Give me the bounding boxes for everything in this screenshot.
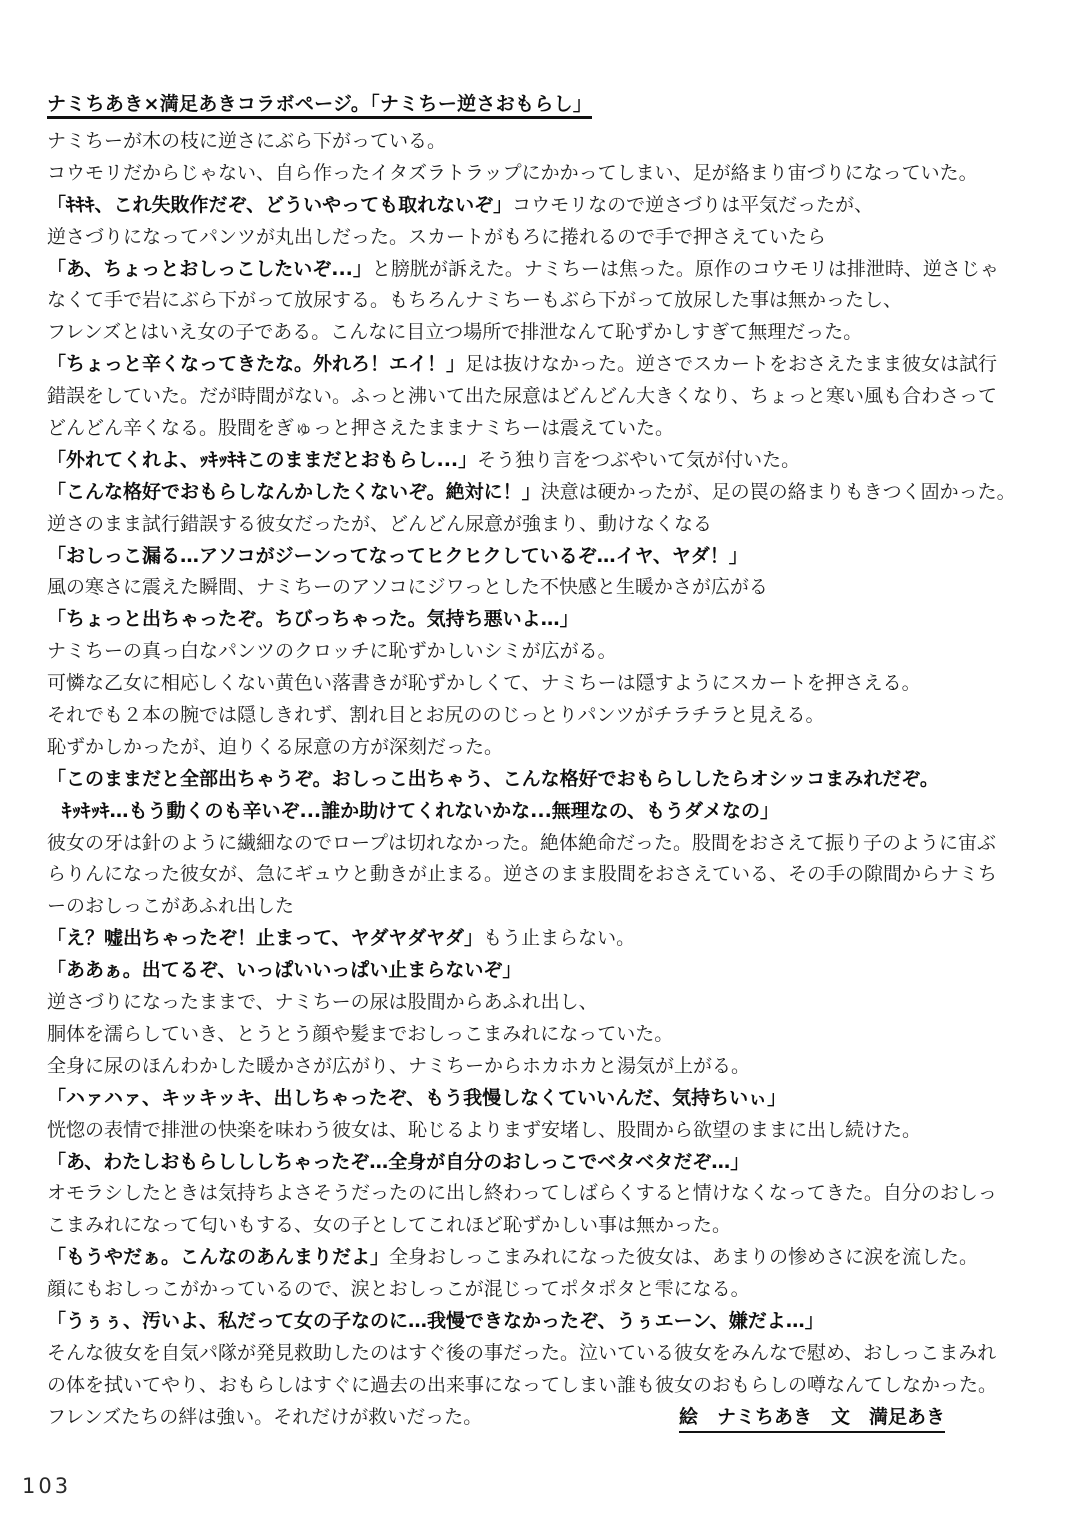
narration-text: そんな彼女を自気パ隊が発見救助したのはすぐ後の事だった。泣いている彼女をみんなで… bbox=[47, 1342, 996, 1364]
narration-text: 恥ずかしかったが、迫りくる尿意の方が深刻だった。 bbox=[47, 736, 503, 758]
narration-text: コウモリだからじゃない、自ら作ったイタズラトラップにかかってしまい、足が絡まり宙… bbox=[47, 162, 978, 184]
dialogue-text: 「あ、わたしおもらしししちゃったぞ…全身が自分のおしっこでベタベタだぞ…」 bbox=[47, 1151, 749, 1173]
text-line: 全身に尿のほんわかした暖かさが広がり、ナミちーからホカホカと湯気が上がる。 bbox=[47, 1051, 1045, 1083]
text-line: 可憐な乙女に相応しくない黄色い落書きが恥ずかしくて、ナミちーは隠すようにスカート… bbox=[47, 668, 1045, 700]
narration-text: 胴体を濡らしていき、とうとう顔や髪までおしっこまみれになっていた。 bbox=[47, 1023, 673, 1045]
narration-text: ナミちーが木の枝に逆さにぶら下がっている。 bbox=[47, 130, 446, 152]
narration-text: 足は抜けなかった。逆さでスカートをおさえたまま彼女は試行 bbox=[465, 353, 997, 375]
document-body: ナミちーが木の枝に逆さにぶら下がっている。コウモリだからじゃない、自ら作ったイタ… bbox=[47, 126, 1045, 1434]
narration-text: 恍惚の表情で排泄の快楽を味わう彼女は、恥じるよりまず安堵し、股間から欲望のままに… bbox=[47, 1119, 921, 1141]
narration-text: 錯誤をしていた。だが時間がない。ふっと沸いて出た尿意はどんどん大きくなり、ちょっ… bbox=[47, 385, 997, 407]
text-line: ナミちーが木の枝に逆さにぶら下がっている。 bbox=[47, 126, 1045, 158]
dialogue-text: 「あ、ちょっとおしっこしたいぞ...」 bbox=[47, 258, 372, 280]
dialogue-text: 「ちょっと辛くなってきたな。外れろ！エイ！」 bbox=[47, 353, 465, 375]
text-line: 「え？嘘出ちゃったぞ！止まって、ヤダヤダヤダ」もう止まらない。 bbox=[47, 923, 1045, 955]
narration-text: 逆さのまま試行錯誤する彼女だったが、どんどん尿意が強まり、動けなくなる bbox=[47, 513, 712, 535]
document-page: ナミちあき×満足あきコラボページ。「ナミちー逆さおもらし」 ナミちーが木の枝に逆… bbox=[0, 0, 1075, 1519]
text-line: 錯誤をしていた。だが時間がない。ふっと沸いて出た尿意はどんどん大きくなり、ちょっ… bbox=[47, 381, 1045, 413]
text-line: 「あ、ちょっとおしっこしたいぞ...」と膀胱が訴えた。ナミちーは焦った。原作のコ… bbox=[47, 254, 1045, 286]
text-line: 「ああぁ。出てるぞ、いっぱいいっぱい止まらないぞ」 bbox=[47, 955, 1045, 987]
text-line: 「こんな格好でおもらしなんかしたくないぞ。絶対に！」決意は硬かったが、足の罠の絡… bbox=[47, 477, 1045, 509]
credit-text: 絵 ナミちあき 文 満足あき bbox=[679, 1402, 945, 1433]
narration-text: 彼女の牙は針のように繊細なのでロープは切れなかった。絶体絶命だった。股間をおさえ… bbox=[47, 832, 996, 854]
narration-text: ナミちーの真っ白なパンツのクロッチに恥ずかしいシミが広がる。 bbox=[47, 640, 617, 662]
narration-text: 風の寒さに震えた瞬間、ナミちーのアソコにジワっとした不快感と生暖かさが広がる bbox=[47, 576, 768, 598]
narration-text: なくて手で岩にぶら下がって放尿する。もちろんナミちーもぶら下がって放尿した事は無… bbox=[47, 289, 902, 311]
text-line: 「ハァハァ、キッキッキ、出しちゃったぞ、もう我慢しなくていいんだ、気持ちいぃ」 bbox=[47, 1083, 1045, 1115]
dialogue-text: 「このままだと全部出ちゃうぞ。おしっこ出ちゃう、こんな格好でおもらししたらオシッ… bbox=[47, 768, 939, 790]
narration-text: もう止まらない。 bbox=[483, 927, 635, 949]
text-line: 顔にもおしっこがかっているので、涙とおしっこが混じってポタポタと雫になる。 bbox=[47, 1274, 1045, 1306]
text-line: 「うぅぅ、汚いよ、私だって女の子なのに…我慢できなかったぞ、うぅエーン、嫌だよ…… bbox=[47, 1306, 1045, 1338]
dialogue-text: 「ハァハァ、キッキッキ、出しちゃったぞ、もう我慢しなくていいんだ、気持ちいぃ」 bbox=[47, 1087, 786, 1109]
text-line: それでも２本の腕では隠しきれず、割れ目とお尻ののじっとりパンツがチラチラと見える… bbox=[47, 700, 1045, 732]
text-line: 「外れてくれよ、ｯｷｯｷｷこのままだとおもらし...」そう独り言をつぶやいて気が… bbox=[47, 445, 1045, 477]
dialogue-text: ｷｯｷｯｷ…もう動くのも辛いぞ...誰か助けてくれないかな...無理なの、もうダ… bbox=[62, 800, 779, 822]
narration-text: こまみれになって匂いもする、女の子としてこれほど恥ずかしい事は無かった。 bbox=[47, 1214, 731, 1236]
text-line: 恥ずかしかったが、迫りくる尿意の方が深刻だった。 bbox=[47, 732, 1045, 764]
text-line: こまみれになって匂いもする、女の子としてこれほど恥ずかしい事は無かった。 bbox=[47, 1210, 1045, 1242]
narration-text: 決意は硬かったが、足の罠の絡まりもきつく固かった。 bbox=[541, 481, 1016, 503]
narration-text: 可憐な乙女に相応しくない黄色い落書きが恥ずかしくて、ナミちーは隠すようにスカート… bbox=[47, 672, 921, 694]
text-line: 「あ、わたしおもらしししちゃったぞ…全身が自分のおしっこでベタベタだぞ…」 bbox=[47, 1147, 1045, 1179]
text-line: 「ｷｷｷ、これ失敗作だぞ、どういやっても取れないぞ」コウモリなので逆さづりは平気… bbox=[47, 190, 1045, 222]
dialogue-text: 「うぅぅ、汚いよ、私だって女の子なのに…我慢できなかったぞ、うぅエーン、嫌だよ…… bbox=[47, 1310, 824, 1332]
page-title: ナミちあき×満足あきコラボページ。「ナミちー逆さおもらし」 bbox=[47, 93, 592, 119]
narration-text: と膀胱が訴えた。ナミちーは焦った。原作のコウモリは排泄時、逆さじゃ bbox=[372, 258, 999, 280]
text-line: 逆さづりになったままで、ナミちーの尿は股間からあふれ出し、 bbox=[47, 987, 1045, 1019]
text-line: 胴体を濡らしていき、とうとう顔や髪までおしっこまみれになっていた。 bbox=[47, 1019, 1045, 1051]
page-number: 103 bbox=[22, 1474, 71, 1498]
text-line: 「このままだと全部出ちゃうぞ。おしっこ出ちゃう、こんな格好でおもらししたらオシッ… bbox=[47, 764, 1045, 796]
dialogue-text: 「こんな格好でおもらしなんかしたくないぞ。絶対に！」 bbox=[47, 481, 541, 503]
text-line: らりんになった彼女が、急にギュウと動きが止まる。逆さのまま股間をおさえている、そ… bbox=[47, 859, 1045, 891]
narration-text: そう独り言をつぶやいて気が付いた。 bbox=[477, 449, 800, 471]
dialogue-text: 「ｷｷｷ、これ失敗作だぞ、どういやっても取れないぞ」 bbox=[47, 194, 512, 216]
narration-text: 逆さづりになったままで、ナミちーの尿は股間からあふれ出し、 bbox=[47, 991, 598, 1013]
text-line: 風の寒さに震えた瞬間、ナミちーのアソコにジワっとした不快感と生暖かさが広がる bbox=[47, 572, 1045, 604]
text-line: 恍惚の表情で排泄の快楽を味わう彼女は、恥じるよりまず安堵し、股間から欲望のままに… bbox=[47, 1115, 1045, 1147]
narration-text: 全身に尿のほんわかした暖かさが広がり、ナミちーからホカホカと湯気が上がる。 bbox=[47, 1055, 750, 1077]
text-line: オモラシしたときは気持ちよさそうだったのに出し終わってしばらくすると情けなくなっ… bbox=[47, 1178, 1045, 1210]
text-line: そんな彼女を自気パ隊が発見救助したのはすぐ後の事だった。泣いている彼女をみんなで… bbox=[47, 1338, 1045, 1370]
text-line: の体を拭いてやり、おもらしはすぐに過去の出来事になってしまい誰も彼女のおもらしの… bbox=[47, 1370, 1045, 1402]
narration-text: オモラシしたときは気持ちよさそうだったのに出し終わってしばらくすると情けなくなっ… bbox=[47, 1182, 997, 1204]
text-line: 逆さづりになってパンツが丸出しだった。スカートがもろに捲れるので手で押さえていた… bbox=[47, 222, 1045, 254]
dialogue-text: 「外れてくれよ、ｯｷｯｷｷこのままだとおもらし...」 bbox=[47, 449, 477, 471]
narration-text: らりんになった彼女が、急にギュウと動きが止まる。逆さのまま股間をおさえている、そ… bbox=[47, 863, 997, 885]
text-line: 「ちょっと出ちゃったぞ。ちびっちゃった。気持ち悪いよ…」 bbox=[47, 604, 1045, 636]
text-line: なくて手で岩にぶら下がって放尿する。もちろんナミちーもぶら下がって放尿した事は無… bbox=[47, 285, 1045, 317]
text-line: 彼女の牙は針のように繊細なのでロープは切れなかった。絶体絶命だった。股間をおさえ… bbox=[47, 828, 1045, 860]
text-line: 「おしっこ漏る…アソコがジーンってなってヒクヒクしているぞ…イヤ、ヤダ！」 bbox=[47, 541, 1045, 573]
text-line: どんどん辛くなる。股間をぎゅっと押さえたままナミちーは震えていた。 bbox=[47, 413, 1045, 445]
narration-text: の体を拭いてやり、おもらしはすぐに過去の出来事になってしまい誰も彼女のおもらしの… bbox=[47, 1374, 997, 1396]
dialogue-text: 「ちょっと出ちゃったぞ。ちびっちゃった。気持ち悪いよ…」 bbox=[47, 608, 579, 630]
narration-text: それでも２本の腕では隠しきれず、割れ目とお尻ののじっとりパンツがチラチラと見える… bbox=[47, 704, 824, 726]
text-line: フレンズとはいえ女の子である。こんなに目立つ場所で排泄なんて恥ずかしすぎて無理だ… bbox=[47, 317, 1045, 349]
dialogue-text: 「おしっこ漏る…アソコがジーンってなってヒクヒクしているぞ…イヤ、ヤダ！」 bbox=[47, 545, 748, 567]
dialogue-text: 「ああぁ。出てるぞ、いっぱいいっぱい止まらないぞ」 bbox=[47, 959, 521, 981]
text-line: ナミちーの真っ白なパンツのクロッチに恥ずかしいシミが広がる。 bbox=[47, 636, 1045, 668]
text-line: ｷｯｷｯｷ…もう動くのも辛いぞ...誰か助けてくれないかな...無理なの、もうダ… bbox=[47, 796, 1045, 828]
text-line: 「もうやだぁ。こんなのあんまりだよ」全身おしっこまみれになった彼女は、あまりの惨… bbox=[47, 1242, 1045, 1274]
dialogue-text: 「もうやだぁ。こんなのあんまりだよ」 bbox=[47, 1246, 389, 1268]
narration-text: フレンズとはいえ女の子である。こんなに目立つ場所で排泄なんて恥ずかしすぎて無理だ… bbox=[47, 321, 862, 343]
narration-text: 全身おしっこまみれになった彼女は、あまりの惨めさに涙を流した。 bbox=[389, 1246, 978, 1268]
narration-text: コウモリなので逆さづりは平気だったが、 bbox=[512, 194, 873, 216]
narration-text: 逆さづりになってパンツが丸出しだった。スカートがもろに捲れるので手で押さえていた… bbox=[47, 226, 826, 248]
text-line: フレンズたちの絆は強い。それだけが救いだった。絵 ナミちあき 文 満足あき bbox=[47, 1402, 1045, 1434]
narration-text: フレンズたちの絆は強い。それだけが救いだった。 bbox=[47, 1402, 482, 1434]
dialogue-text: 「え？嘘出ちゃったぞ！止まって、ヤダヤダヤダ」 bbox=[47, 927, 483, 949]
text-line: コウモリだからじゃない、自ら作ったイタズラトラップにかかってしまい、足が絡まり宙… bbox=[47, 158, 1045, 190]
text-line: ーのおしっこがあふれ出した bbox=[47, 891, 1045, 923]
text-line: 逆さのまま試行錯誤する彼女だったが、どんどん尿意が強まり、動けなくなる bbox=[47, 509, 1045, 541]
narration-text: 顔にもおしっこがかっているので、涙とおしっこが混じってポタポタと雫になる。 bbox=[47, 1278, 750, 1300]
narration-text: どんどん辛くなる。股間をぎゅっと押さえたままナミちーは震えていた。 bbox=[47, 417, 674, 439]
narration-text: ーのおしっこがあふれ出した bbox=[47, 895, 294, 917]
text-line: 「ちょっと辛くなってきたな。外れろ！エイ！」足は抜けなかった。逆さでスカートをお… bbox=[47, 349, 1045, 381]
